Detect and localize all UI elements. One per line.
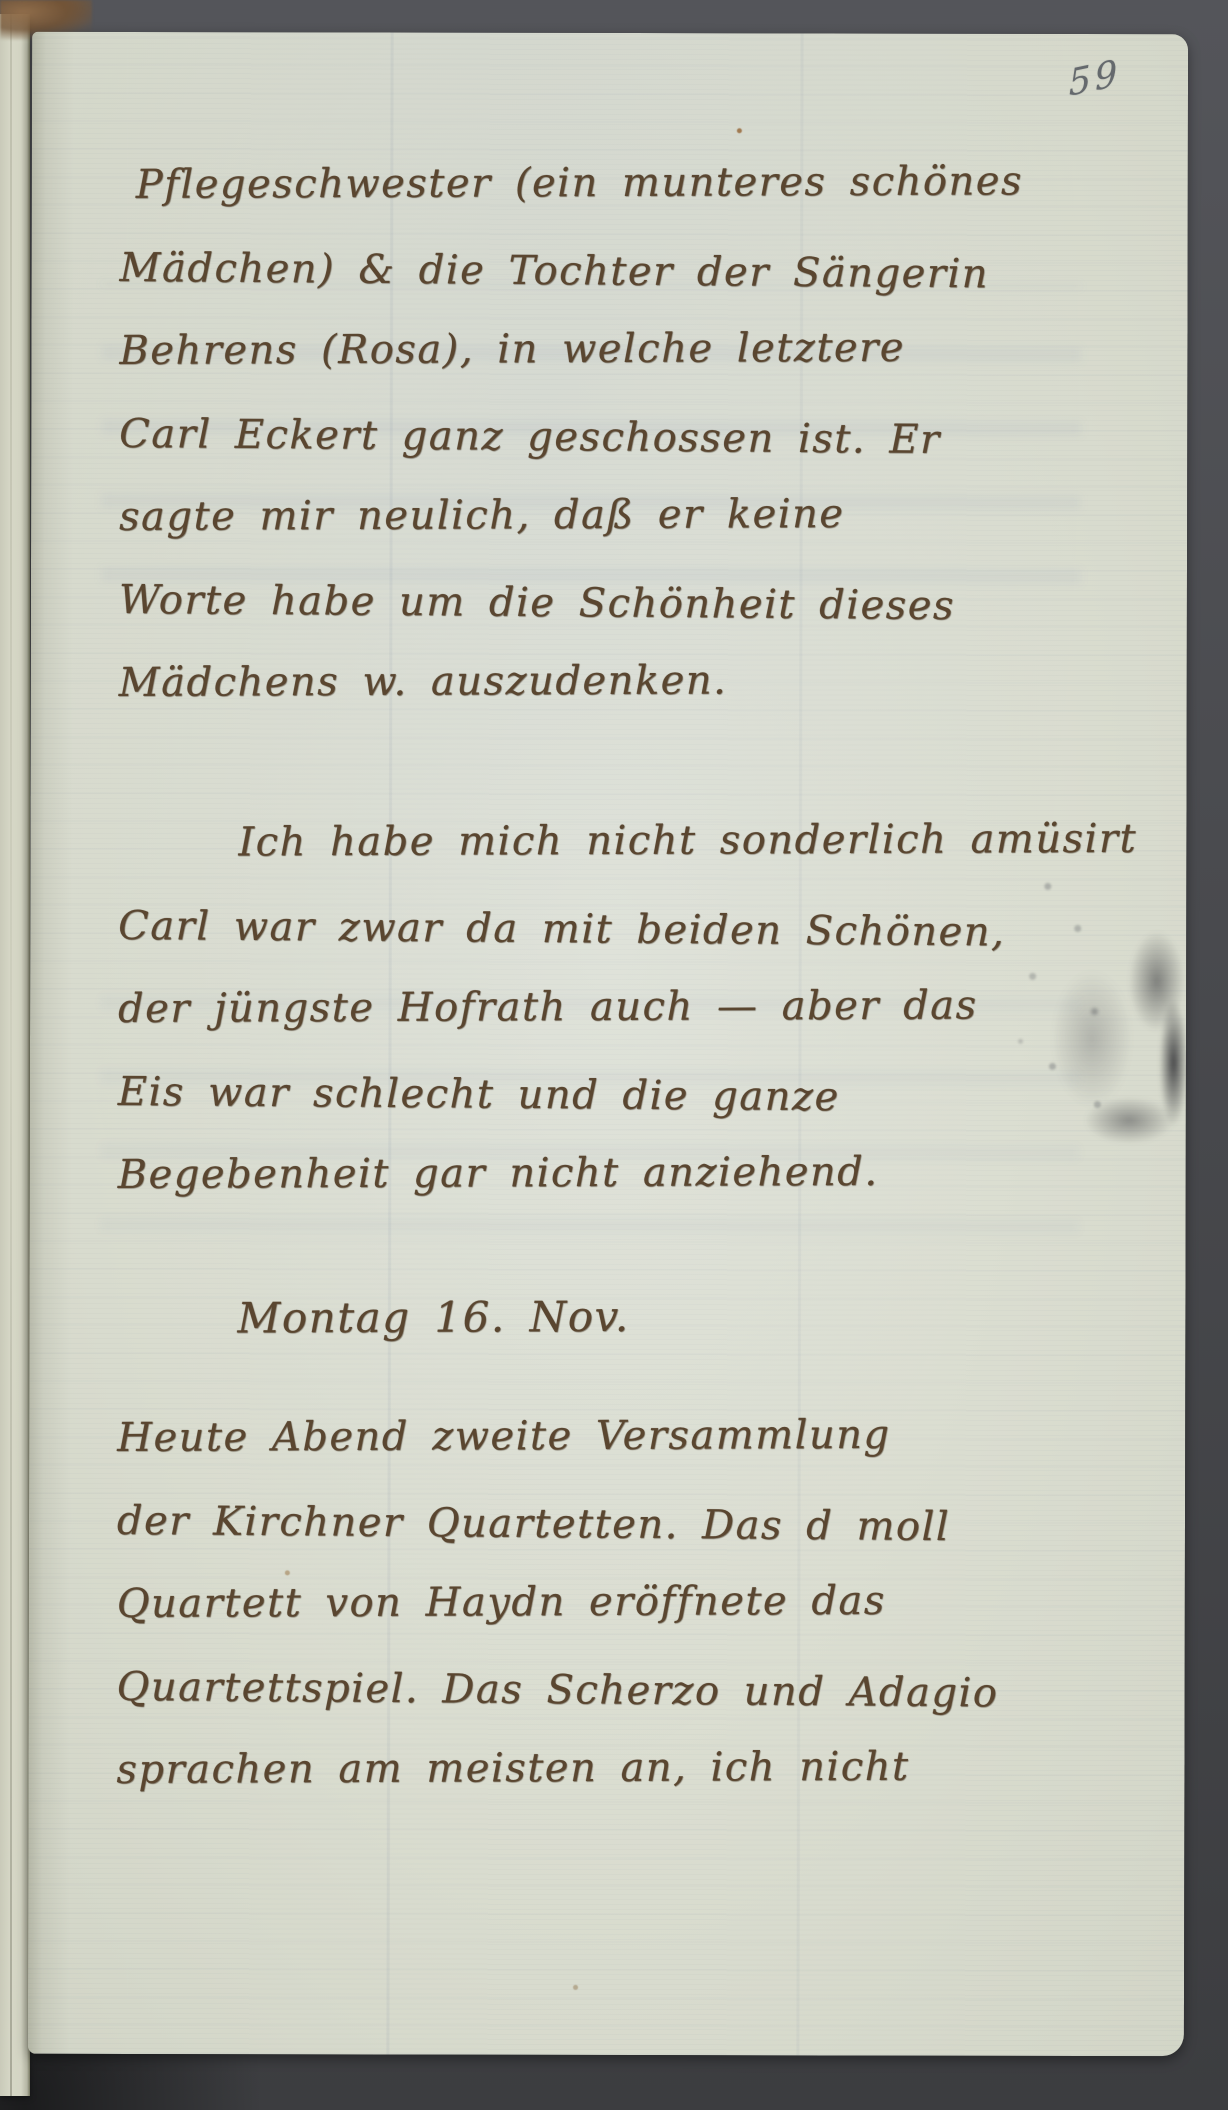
handwritten-line: Heute Abend zweite Versammlung <box>117 1393 1127 1480</box>
handwritten-line: Quartett von Haydn eröffnete das <box>117 1559 1127 1646</box>
date-heading-line: Montag 16. Nov. <box>117 1273 1127 1360</box>
handwritten-line: Begebenheit gar nicht anziehend. <box>118 1130 1128 1217</box>
handwritten-line: der jüngste Hofrath auch — aber das <box>118 964 1128 1051</box>
handwritten-line: Mädchens w. auszudenken. <box>119 638 1129 725</box>
paragraph: Ich habe mich nicht sonderlich amüsirtCa… <box>118 802 1129 1219</box>
handwritten-line: Eis war schlecht und die ganze <box>118 1051 1129 1141</box>
date-heading: Montag 16. Nov. <box>117 1277 1127 1362</box>
handwritten-line: sagte mir neulich, daß er keine <box>119 472 1129 559</box>
adjacent-page-edge <box>0 14 30 2096</box>
paragraph: Heute Abend zweite Versammlungder Kirchn… <box>116 1397 1127 1814</box>
manuscript-page: 59 Pflegeschwester (ein munteres schönes… <box>28 32 1188 2056</box>
handwritten-line: Ich habe mich nicht sonderlich amüsirt <box>118 798 1128 885</box>
photograph-background: 59 Pflegeschwester (ein munteres schönes… <box>0 0 1228 2110</box>
manuscript-text: Pflegeschwester (ein munteres schönesMäd… <box>116 144 1129 1814</box>
paragraph: Pflegeschwester (ein munteres schönesMäd… <box>119 144 1130 727</box>
smudge-speckles <box>32 32 37 37</box>
handwritten-line: Pflegeschwester (ein munteres schönes <box>120 140 1130 227</box>
handwritten-line: sprachen am meisten an, ich nicht <box>116 1725 1126 1812</box>
handwritten-line: Carl war zwar da mit beiden Schönen, <box>118 885 1129 975</box>
handwritten-line: Mädchen) & die Tochter der Sängerin <box>119 227 1130 317</box>
handwritten-line: Behrens (Rosa), in welche letztere <box>119 306 1129 393</box>
page-number: 59 <box>1068 52 1122 105</box>
handwritten-line: Quartettspiel. Das Scherzo und Adagio <box>116 1646 1127 1736</box>
handwritten-line: Carl Eckert ganz geschossen ist. Er <box>119 393 1130 483</box>
handwritten-line: Worte habe um die Schönheit dieses <box>119 559 1130 649</box>
handwritten-line: der Kirchner Quartetten. Das d moll <box>117 1480 1128 1570</box>
